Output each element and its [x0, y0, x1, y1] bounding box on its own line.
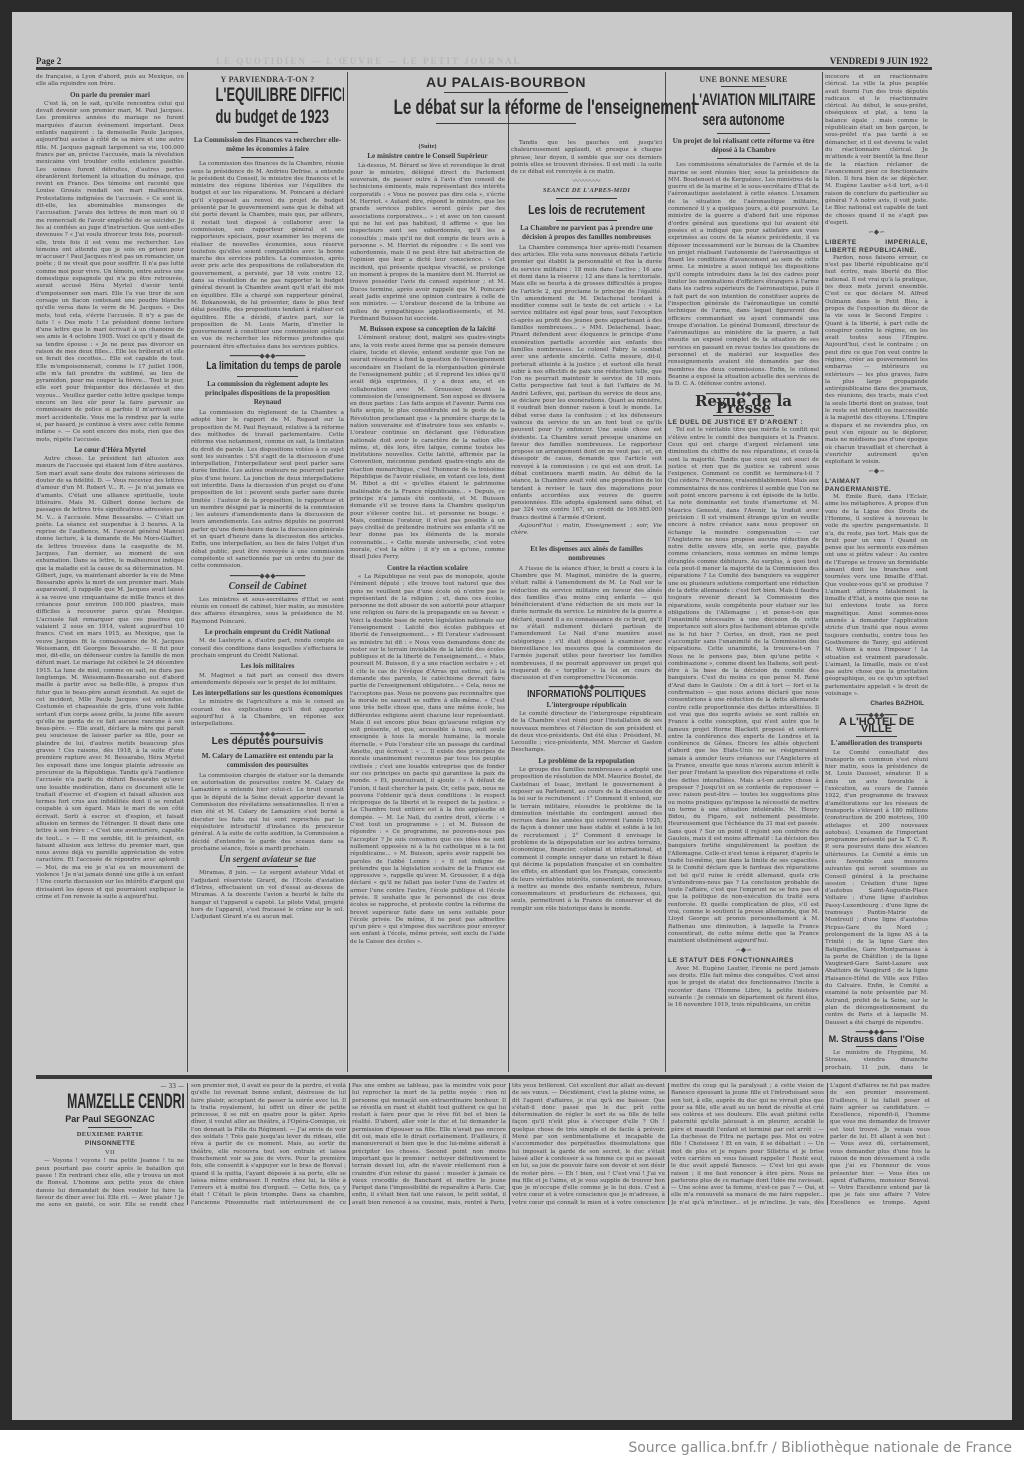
feuilleton-column: son premier mot, il avait eu peur de la … — [191, 1083, 346, 1207]
section-heading: Le problème de la repopulation — [511, 758, 662, 765]
column-recrutement: Tandis que les gauches ont jusqu'ici cha… — [511, 140, 662, 1070]
column-trial-report: de française, à Lyon d'abord, puis au Me… — [36, 74, 184, 1070]
section-heading: LE DUEL DE JUSTICE ET D'ARGENT : — [668, 419, 819, 426]
headline: Le débat sur la réforme de l'enseignemen… — [394, 95, 619, 121]
headline: L'EQUILIBRE DIFFICILE — [215, 85, 319, 107]
article-text: Le ministre de l'hygiène, M. Strauss, vi… — [825, 1050, 928, 1070]
ornament-divider: ∽◆∽ — [825, 228, 928, 236]
article-text: Le groupe des familles nombreuses a adop… — [511, 767, 662, 913]
article-kicker: SEANCE DE L'APRES-MIDI — [511, 187, 662, 194]
article-kicker: Y PARVIENDRA-T-ON ? — [191, 76, 344, 83]
column-divider — [827, 1083, 828, 1205]
column-divider — [187, 72, 188, 1072]
headline: Les lois de recrutement — [526, 202, 647, 217]
article-deck: La Chambre ne parvient pas à prendre une… — [511, 224, 662, 242]
article-text: Autre chose. Le président fait allusion … — [36, 456, 184, 901]
article-text: incocore et un réactionnaire clérical. L… — [825, 74, 928, 227]
article-text: Les ministres et sous-secrétaires d'Etat… — [191, 597, 344, 626]
feuilleton-text: son premier mot, il avait eu peur de la … — [191, 1083, 346, 1207]
article-text: Tandis que les gauches ont jusqu'ici cha… — [511, 140, 662, 176]
column-divider — [509, 1083, 510, 1205]
article-text: A l'issue de la séance d'hier, le bruit … — [511, 566, 662, 683]
headline: M. Strauss dans l'Oise — [825, 1036, 928, 1043]
feuilleton-column: mettre du coup qui la paralysait ; à cet… — [671, 1083, 824, 1207]
article-deck: M. Calary de Lamazière est entendu par l… — [191, 752, 344, 770]
column-divider — [347, 72, 348, 1072]
article-kicker: UNE BONNE MESURE — [668, 76, 819, 83]
suite-label: (Suite) — [350, 143, 505, 150]
section-heading: Le cœur d'Héra Myrtel — [36, 447, 184, 454]
article-deck: Un projet de loi réalisant cette réforme… — [668, 137, 819, 155]
headline: INFORMATIONS POLITIQUES — [522, 691, 650, 698]
feuilleton-part: DEUXIEME PARTIE — [36, 1131, 184, 1138]
article-text: L'éminent orateur, dont, malgré ses quat… — [350, 335, 505, 561]
article-text: Pardon, nous faisons erreur, ce n'est pa… — [825, 255, 928, 467]
section-heading: Contre la réaction scolaire — [350, 565, 505, 572]
article-text: Les commissions sénatoriales de l'armée … — [668, 162, 819, 388]
ornament-divider: ━━━━━━━◆◆◆━━━━━━━ — [191, 572, 344, 580]
headline: Revue de la Presse — [668, 398, 819, 413]
feuilleton-text: L'agent d'affaires ne fut pas maître de … — [830, 1083, 930, 1207]
section-heading: L'amélioration des transports — [825, 740, 928, 747]
headline: La limitation du temps de parole — [206, 360, 328, 373]
column-divider — [508, 100, 509, 1072]
masthead-rule — [36, 67, 932, 70]
section-heading: LIBERTE IMPERIALE, LIBERTE REPUBLICAINE. — [825, 239, 928, 254]
feuilleton-chapter: VII — [36, 1149, 184, 1156]
issue-date: VENDREDI 9 JUIN 1922 — [830, 56, 928, 66]
feuilleton-chapter-title: PINSONNETTE — [36, 1140, 184, 1147]
article-deck: La Commission des Finances va rechercher… — [191, 136, 344, 154]
ornament-divider: 〰〰〰〰 — [511, 177, 662, 185]
ornament-divider: ∽◆∽ — [668, 946, 819, 954]
feuilleton-text: — Voyons ! voyons ! ma petite Jeanne ! t… — [36, 1158, 184, 1207]
headline: sera autonome — [692, 110, 795, 130]
article-text: Le Comité consultatif des transports en … — [825, 750, 928, 1027]
section-heading: LE STATUT DES FONCTIONNAIRES — [668, 957, 819, 964]
column-divider — [665, 72, 666, 1072]
article-text: Avec M. Eugène Lautier, l'ironie ne perd… — [668, 966, 819, 1010]
column-divider — [822, 72, 823, 1072]
article-deck: La commission du règlement adopte les pr… — [191, 380, 344, 407]
article-text: M. Maginot a fait part au conseil des di… — [191, 673, 344, 688]
article-text: Le ministre de l'agriculture a mis le co… — [191, 699, 344, 728]
article-text: de française, à Lyon d'abord, puis au Me… — [36, 74, 184, 89]
article-text: M. de Lasteyrie a, d'autre part, rendu c… — [191, 638, 344, 660]
ornament-divider: ∽◆∽ — [825, 467, 928, 475]
column-budget: Y PARVIENDRA-T-ON ? L'EQUILIBRE DIFFICIL… — [191, 74, 344, 1070]
article-text: C'est là, on le sait, qu'elle rencontra … — [36, 101, 184, 444]
article-kicker: AU PALAIS-BOURBON — [350, 74, 662, 90]
source-attribution: Source gallica.bnf.fr / Bibliothèque nat… — [628, 1440, 1012, 1456]
feuilleton-title: MAMZELLE CENDRILLON — [67, 1090, 153, 1114]
section-heading: L'AIMANT PANGERMANISTE. — [825, 478, 928, 493]
ornament-divider: ━━━━━━━◆◆◆━━━━━━━ — [191, 352, 344, 360]
article-text: La commission du règlement de la Chambre… — [191, 410, 344, 571]
section-heading: Et les dispenses aux aînés de familles n… — [511, 545, 662, 563]
feuilleton-byline: Par Paul SEGONZAC — [36, 1116, 184, 1123]
section-heading: Les interpellations sur les questions éc… — [191, 690, 344, 697]
article-text: M. Emile Buré, dans l'Eclair, aime les m… — [825, 494, 928, 698]
feuilleton-text: mettre du coup qui la paralysait ; à cet… — [671, 1083, 824, 1207]
source-footer: Source gallica.bnf.fr / Bibliothèque nat… — [0, 1430, 1024, 1466]
section-heading: Les lois militaires — [191, 663, 344, 670]
headline: Les députés poursuivis — [191, 738, 344, 745]
headline: A L'HOTEL DE VILLE — [825, 719, 928, 734]
feuilleton-column: L'agent d'affaires ne fut pas maître de … — [830, 1083, 930, 1207]
headline: du budget de 1923 — [215, 107, 319, 129]
feuilleton-text: tits yeux brillèrent. Cet excellent duc … — [512, 1083, 665, 1207]
section-heading: On parle du premier mari — [36, 92, 184, 99]
masthead-ghost-title: LE QUOTIDIEN — L'ŒUVRE — LE PETIT JOURNA… — [216, 56, 522, 66]
section-heading: M. Buisson expose sa conception de la la… — [350, 326, 505, 333]
article-text: Tel est le véritable titre que mérite le… — [668, 427, 819, 945]
column-enseignement-debate: (Suite) Le ministre contre le Conseil Su… — [350, 140, 505, 1070]
feuilleton-column: Pas une ombre au tableau, pas la moindre… — [352, 1083, 506, 1207]
headline: L'AVIATION MILITAIRE — [692, 90, 795, 110]
section-heading: L'intergroupe républicain — [511, 702, 662, 709]
feuilleton-title-block: — 33 — MAMZELLE CENDRILLON Par Paul SEGO… — [36, 1083, 184, 1207]
feuilleton-rule — [36, 1075, 932, 1079]
article-text: « La République ne veut pas de monopole,… — [350, 574, 505, 946]
column-divider — [349, 1083, 350, 1205]
page-label: Page 2 — [36, 56, 61, 66]
article-text: Là-dessus, M. Bérard se lève et revendiq… — [350, 163, 505, 324]
article-text: La commission chargée de statuer sur la … — [191, 773, 344, 853]
article-text: Le comité directeur de l'intergroupe rép… — [511, 711, 662, 755]
article-text: Miramas, 8 juin. — Le sergent aviateur V… — [191, 870, 344, 921]
headline: Un sergent aviateur se tue — [191, 856, 344, 863]
article-text: La commission des finances de la Chambre… — [191, 161, 344, 351]
column-aviation-presse: UNE BONNE MESURE L'AVIATION MILITAIRE se… — [668, 74, 819, 1070]
agenda-text: Aujourd'hui : matin, Enseignement ; soir… — [511, 523, 662, 538]
column-divider — [668, 1083, 669, 1205]
feuilleton-column: tits yeux brillèrent. Cet excellent duc … — [512, 1083, 665, 1207]
column-echos: incocore et un réactionnaire clérical. L… — [825, 74, 928, 1070]
author-signature: Charles BAZHOIL — [825, 700, 924, 707]
section-heading: Le prochain emprunt du Crédit National — [191, 629, 344, 636]
article-text: La Chambre commença hier après-midi l'ex… — [511, 245, 662, 522]
feuilleton-number: — 33 — — [36, 1083, 184, 1090]
section-heading: Le ministre contre le Conseil Supérieur — [350, 153, 505, 160]
palais-bourbon-banner: AU PALAIS-BOURBON Le débat sur la réform… — [350, 74, 662, 126]
feuilleton-text: Pas une ombre au tableau, pas la moindre… — [352, 1083, 506, 1207]
column-divider — [187, 1083, 188, 1205]
headline: Conseil de Cabinet — [191, 583, 344, 590]
